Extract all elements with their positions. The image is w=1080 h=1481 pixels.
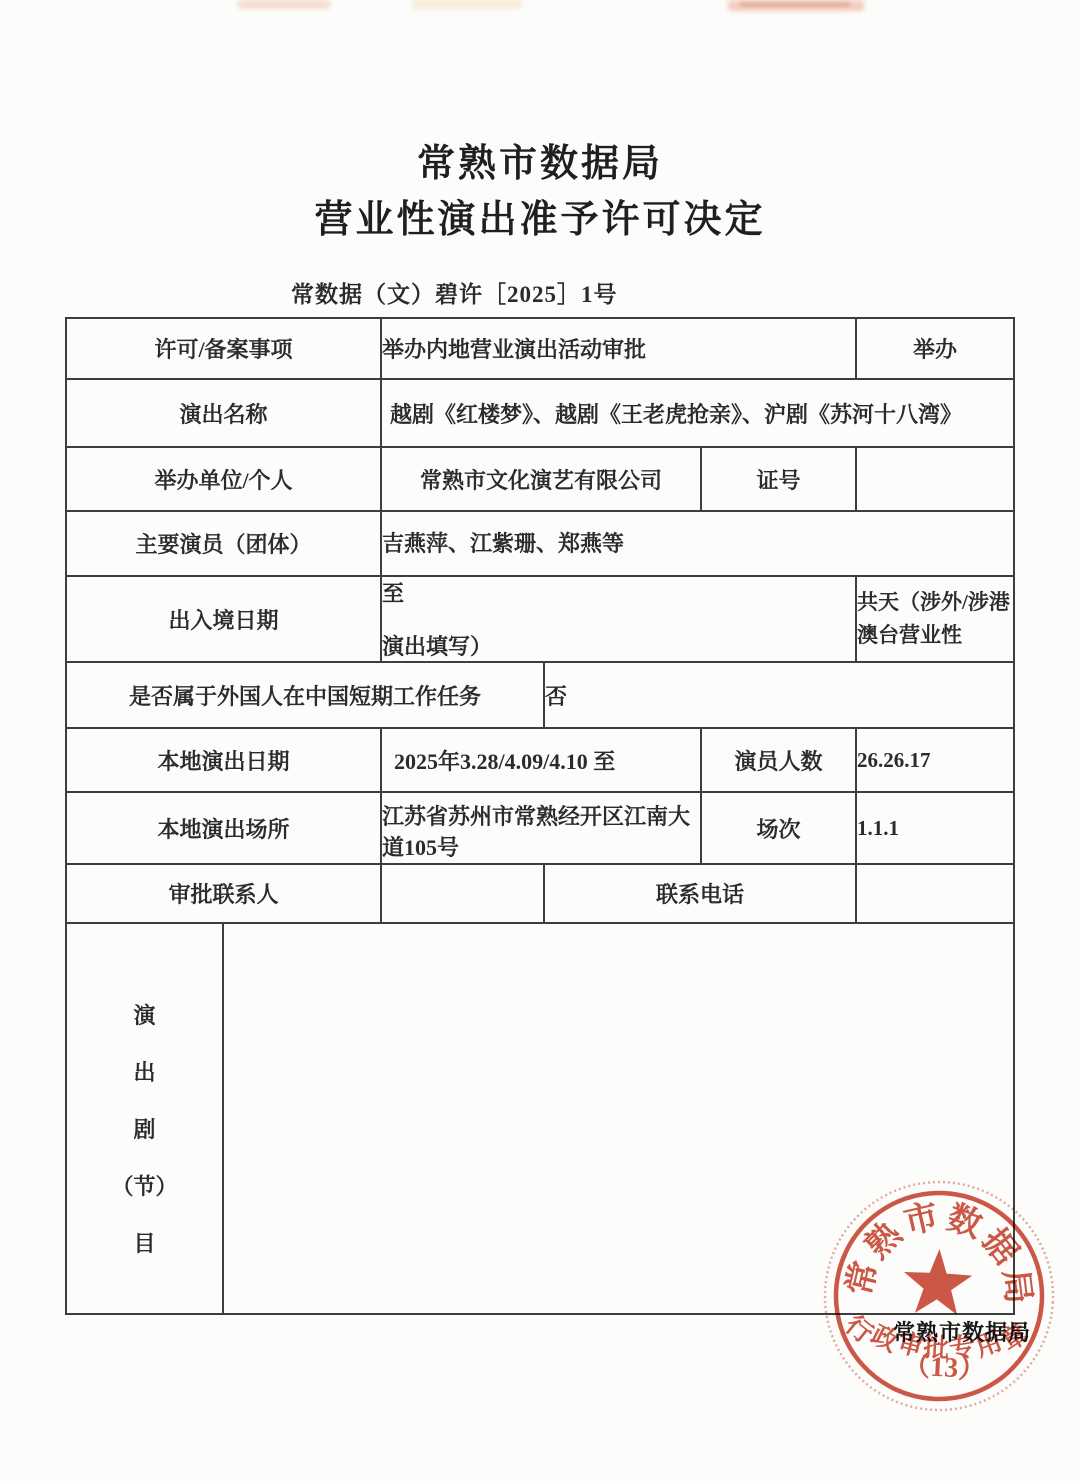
field-value-entry-exit-dates: 至 演出填写） — [381, 576, 856, 662]
entry-exit-to-text: 至 — [382, 577, 855, 608]
row-organizer: 举办单位/个人 常熟市文化演艺有限公司 证号 — [66, 447, 1014, 511]
document-title-line2: 营业性演出准予许可决定 — [0, 192, 1080, 248]
field-label-entry-exit-dates: 出入境日期 — [66, 576, 381, 662]
field-value-local-performance-dates: 2025年3.28/4.09/4.10 至 — [381, 728, 701, 792]
field-label-session-count: 场次 — [701, 792, 856, 864]
field-label-organizer: 举办单位/个人 — [66, 447, 381, 511]
row-approval-contact: 审批联系人 联系电话 — [66, 864, 1014, 923]
field-value-performer-count: 26.26.17 — [856, 728, 1014, 792]
row-local-performance-venue: 本地演出场所 江苏省苏州市常熟经开区江南大道105号 场次 1.1.1 — [66, 792, 1014, 864]
row-main-performers: 主要演员（团体） 吉燕萍、江紫珊、郑燕等 — [66, 511, 1014, 576]
field-label-program-list: 演 出 剧 （节） 目 — [66, 923, 223, 1314]
field-value-cert-number — [856, 447, 1014, 511]
field-value-permit-item: 举办内地营业演出活动审批 — [381, 318, 856, 379]
field-value-organizer: 常熟市文化演艺有限公司 — [381, 447, 701, 511]
document-title: 常熟市数据局 营业性演出准予许可决定 — [0, 136, 1080, 248]
field-label-foreigner-short-term-work: 是否属于外国人在中国短期工作任务 — [66, 662, 544, 728]
field-value-permit-type: 举办 — [856, 318, 1014, 379]
field-value-performance-name: 越剧《红楼梦》、越剧《王老虎抢亲》、沪剧《苏河十八湾》 — [381, 379, 1014, 447]
document-title-line1: 常熟市数据局 — [0, 136, 1080, 192]
field-value-session-count: 1.1.1 — [856, 792, 1014, 864]
seal-star-icon — [902, 1247, 974, 1316]
seal-arc-char: 市 — [901, 1197, 943, 1242]
field-value-contact-phone — [856, 864, 1014, 923]
entry-exit-fill-note: 演出填写） — [382, 630, 855, 661]
official-seal-stamp: 常 熟 市 数 据 局 行 政 审 批 专 用 章 （13） — [804, 1161, 1074, 1431]
field-value-local-performance-venue: 江苏省苏州市常熟经开区江南大道105号 — [381, 792, 701, 864]
seal-number-text: （13） — [901, 1349, 987, 1385]
field-label-main-performers: 主要演员（团体） — [66, 511, 381, 576]
scan-artifact — [238, 0, 330, 9]
field-label-cert-number: 证号 — [701, 447, 856, 511]
row-performance-name: 演出名称 越剧《红楼梦》、越剧《王老虎抢亲》、沪剧《苏河十八湾》 — [66, 379, 1014, 447]
scan-artifact — [740, 3, 850, 6]
program-label-char: 出 — [133, 1056, 155, 1087]
program-label-char: （节） — [111, 1170, 177, 1201]
seal-arc-char: 数 — [942, 1198, 987, 1245]
program-label-char: 演 — [133, 999, 155, 1030]
seal-arc-char: 常 — [840, 1258, 885, 1300]
seal-arc-char: 局 — [996, 1267, 1037, 1305]
field-value-foreigner-short-term-work: 否 — [544, 662, 1014, 728]
document-number: 常数据（文）碧许［2025］1号 — [291, 276, 618, 309]
program-label-char: 目 — [133, 1227, 155, 1258]
row-permit-item: 许可/备案事项 举办内地营业演出活动审批 举办 — [66, 318, 1014, 379]
row-entry-exit-dates: 出入境日期 至 演出填写） 共天（涉外/涉港澳台营业性 — [66, 576, 1014, 662]
row-local-performance-dates: 本地演出日期 2025年3.28/4.09/4.10 至 演员人数 26.26.… — [66, 728, 1014, 792]
row-foreigner-short-term-work: 是否属于外国人在中国短期工作任务 否 — [66, 662, 1014, 728]
field-label-performance-name: 演出名称 — [66, 379, 381, 447]
field-value-approval-contact — [381, 864, 544, 923]
scan-artifact — [412, 0, 522, 9]
field-value-main-performers: 吉燕萍、江紫珊、郑燕等 — [381, 511, 1014, 576]
field-label-approval-contact: 审批联系人 — [66, 864, 381, 923]
field-label-performer-count: 演员人数 — [701, 728, 856, 792]
program-label-char: 剧 — [133, 1113, 155, 1144]
field-note-foreign-performance: 共天（涉外/涉港澳台营业性 — [856, 576, 1014, 662]
field-label-local-performance-dates: 本地演出日期 — [66, 728, 381, 792]
field-label-local-performance-venue: 本地演出场所 — [66, 792, 381, 864]
document-page: 常熟市数据局 营业性演出准予许可决定 常数据（文）碧许［2025］1号 许可/备… — [0, 0, 1080, 1481]
field-label-contact-phone: 联系电话 — [544, 864, 856, 923]
field-label-permit-item: 许可/备案事项 — [66, 318, 381, 379]
